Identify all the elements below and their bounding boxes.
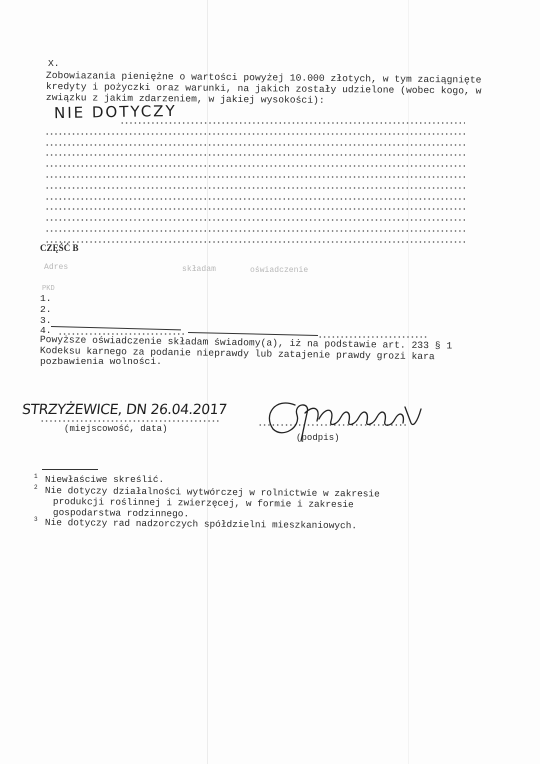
handwritten-answer: NIE DOTYCZY	[54, 102, 177, 122]
footnote-separator	[42, 469, 98, 470]
signature-label: (podpis)	[296, 433, 340, 444]
dotted-line	[45, 198, 465, 200]
footnote-text: Nie dotyczy rad nadzorczych spółdzielni …	[45, 517, 357, 531]
footnote-marker: 2	[34, 484, 38, 491]
signature-scribble	[255, 393, 435, 445]
dotted-line	[45, 154, 465, 156]
faint-text: składam	[182, 264, 216, 275]
footnote-text: Niewłaściwe skreślić.	[45, 474, 164, 485]
dotted-line	[45, 165, 465, 167]
dotted-line	[45, 230, 465, 232]
faint-text: Adres	[44, 262, 68, 273]
document-page: X. Zobowiazania pieniężne o wartości pow…	[0, 0, 540, 764]
place-date-dotted-line	[40, 420, 220, 422]
dotted-line	[45, 144, 465, 146]
dotted-line	[45, 219, 465, 221]
dotted-line	[45, 187, 465, 189]
dotted-line	[45, 208, 465, 210]
dotted-line	[45, 241, 465, 243]
place-date-label: (miejscowość, data)	[64, 424, 168, 435]
footnote-marker: 3	[34, 516, 38, 523]
dotted-line	[45, 133, 465, 135]
statement-line: pozbawienia wolności.	[40, 356, 162, 367]
section-number: X.	[48, 58, 60, 69]
scan-fold-line	[408, 0, 409, 764]
section-heading: CZĘŚĆ B	[40, 243, 79, 254]
handwritten-place-date: STRZYŻEWICE, DN 26.04.2017	[21, 402, 227, 418]
footnote-marker: 1	[34, 473, 38, 480]
faint-text: oświadczenie	[250, 265, 308, 276]
dotted-line	[120, 122, 465, 124]
strike-line	[51, 326, 181, 331]
scan-fold-line	[207, 0, 208, 764]
list-item: 2.	[40, 304, 52, 315]
dotted-line	[45, 176, 465, 178]
list-item: 1.	[40, 293, 52, 304]
